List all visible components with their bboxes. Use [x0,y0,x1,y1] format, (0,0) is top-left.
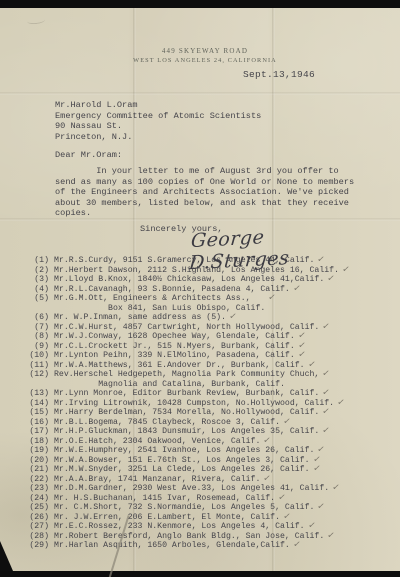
list-item: (16) Mr.B.L.Bogema, 7845 Claybeck, Rosco… [29,418,394,428]
checkmark-icon: ✓ [322,389,331,399]
item-text: Mr.C.L.Crockett Jr., 515 N.Myers, Burban… [54,342,295,352]
item-text: Mr.D.M.Gardner, 2930 West Ave.33, Los An… [54,484,329,494]
item-number: (29) [29,541,49,551]
item-number: (22) [29,475,49,485]
item-text: Mr.A.A.Bray, 1741 Manzanar, Rivera, Cali… [54,475,260,485]
salutation: Dear Mr.Oram: [55,150,122,160]
item-number: (7) [29,323,49,333]
checkmark-icon: ✓ [282,512,291,522]
list-item: (26) Mr. J.W.Erren, 206 E.Lambert, El Mo… [29,513,394,523]
list-item: (12) Rev.Herschel Hedgepeth, Magnolia Pa… [29,370,394,389]
checkmark-icon: ✓ [268,294,277,304]
list-item: (2) Mr.Herbert Dawson, 2112 S.Highland, … [29,266,394,276]
list-item: (17) Mr.H.P.Gluckman, 1843 Dunsmuir, Los… [29,427,394,437]
item-text: Mr.Herbert Dawson, 2112 S.Highland, Los … [54,266,339,276]
letterhead-street: 449 SKYEWAY ROAD [40,47,370,55]
item-text: Mr.Harry Berdelman, 7534 Morella, No.Hol… [54,408,319,418]
item-text: Mr. J.W.Erren, 206 E.Lambert, El Monte, … [54,513,280,523]
list-item: (23) Mr.D.M.Gardner, 2930 West Ave.33, L… [29,484,394,494]
checkmark-icon: ✓ [292,284,301,294]
item-text: Mr.G.M.Ott, Engineers & Architects Ass.,… [54,294,265,313]
item-text: Mr.Robert Beresford, Anglo Bank Bldg., S… [54,532,324,542]
item-text: Mr.W.A.Matthews, 361 E.Andover Dr., Burb… [54,361,305,371]
list-item: (21) Mr.M.W.Snyder, 3251 La Clede, Los A… [29,465,394,475]
item-number: (27) [29,522,49,532]
list-item: (5) Mr.G.M.Ott, Engineers & Architects A… [29,294,394,313]
list-item: (18) Mr.O.E.Hatch, 2304 Oakwood, Venice,… [29,437,394,447]
recipient-address-block: Mr.Harold L.Oram Emergency Committee of … [55,100,261,142]
item-number: (20) [29,456,49,466]
list-item: (8) Mr.W.J.Conway, 1628 Opechee Way, Gle… [29,332,394,342]
item-number: (21) [29,465,49,475]
item-number: (19) [29,446,49,456]
checkmark-icon: ✓ [322,322,331,332]
item-text: Mr.R.L.Cavanagh, 93 S.Bonnie, Pasadena 4… [54,285,290,295]
checkmark-icon: ✓ [322,370,331,380]
checkmark-icon: ✓ [312,465,321,475]
item-number: (2) [29,266,49,276]
item-number: (16) [29,418,49,428]
scan-edge-bottom [0,571,400,577]
list-item: (3) Mr.Lloyd B.Knox, 1840½ Chickasaw, Lo… [29,275,394,285]
letterhead-city: WEST LOS ANGELES 24, CALIFORNIA [40,57,370,64]
list-item: (9) Mr.C.L.Crockett Jr., 515 N.Myers, Bu… [29,342,394,352]
list-item: (28) Mr.Robert Beresford, Anglo Bank Bld… [29,532,394,542]
item-text: Mr.O.E.Hatch, 2304 Oakwood, Venice, Cali… [54,437,260,447]
list-item: (4) Mr.R.L.Cavanagh, 93 S.Bonnie, Pasade… [29,285,394,295]
item-text: Mr.C.W.Hurst, 4857 Cartwright, North Hol… [54,323,319,333]
item-text: Mr.Lloyd B.Knox, 1840½ Chickasaw, Los An… [54,275,324,285]
list-item: (1) Mr.R.S.Curdy, 9151 S.Gramercy, Los A… [29,256,394,266]
item-text: Mr.W.J.Conway, 1628 Opechee Way, Glendal… [54,332,295,342]
item-number: (1) [29,256,49,266]
item-number: (4) [29,285,49,295]
checkmark-icon: ✓ [307,522,316,532]
item-text: Mr.Lynn Monroe, Editor Burbank Review, B… [54,389,319,399]
item-text: Mr.E.C.Rossez, 233 N.Kenmore, Los Angele… [54,522,305,532]
list-item: (29) Mr.Harlan Asquith, 1650 Arboles, Gl… [29,541,394,551]
checkmark-icon: ✓ [228,313,237,323]
checkmark-icon: ✓ [336,398,345,408]
body-paragraph: In your letter to me of August 3rd you o… [55,166,354,219]
item-number: (11) [29,361,49,371]
item-text: Mr. C.M.Short, 732 S.Normandie, Los Ange… [54,503,314,513]
item-number: (14) [29,399,49,409]
checkmark-icon: ✓ [307,360,316,370]
item-number: (5) [29,294,49,304]
item-number: (10) [29,351,49,361]
item-number: (13) [29,389,49,399]
item-text: Mr. H.S.Buchanan, 1415 Ivar, Rosemead, C… [54,494,275,504]
checkmark-icon: ✓ [282,417,291,427]
fold-line-horizontal-1 [0,92,400,95]
item-text: Mr. W.P.Inman, same address as (5). [54,313,226,323]
list-item: (10) Mr.Lynton Peihn, 339 N.ElMolino, Pa… [29,351,394,361]
item-text: Mr.H.P.Gluckman, 1843 Dunsmuir, Los Ange… [54,427,319,437]
checkmark-icon: ✓ [292,541,301,551]
list-item: (24) Mr. H.S.Buchanan, 1415 Ivar, Roseme… [29,494,394,504]
checkmark-icon: ✓ [327,531,336,541]
item-number: (15) [29,408,49,418]
list-item: (11) Mr.W.A.Matthews, 361 E.Andover Dr.,… [29,361,394,371]
item-number: (28) [29,532,49,542]
item-number: (12) [29,370,49,380]
list-item: (14) Mr.Irving Litrownik, 10428 Cumpston… [29,399,394,409]
item-text: Mr.M.W.Snyder, 3251 La Clede, Los Angele… [54,465,310,475]
list-item: (27) Mr.E.C.Rossez, 233 N.Kenmore, Los A… [29,522,394,532]
item-text: Mr.W.A.Bowser, 151 E.76th St., Los Angel… [54,456,310,466]
list-item: (7) Mr.C.W.Hurst, 4857 Cartwright, North… [29,323,394,333]
item-text: Mr.Irving Litrownik, 10428 Cumpston, No.… [54,399,334,409]
item-number: (25) [29,503,49,513]
item-number: (24) [29,494,49,504]
scan-corner-bottom-left [0,541,13,571]
item-text: Rev.Herschel Hedgepeth, Magnolia Park Co… [54,370,319,389]
item-text: Mr.Lynton Peihn, 339 N.ElMolino, Pasaden… [54,351,295,361]
item-number: (17) [29,427,49,437]
checkmark-icon: ✓ [317,256,326,266]
checkmark-icon: ✓ [327,275,336,285]
list-item: (15) Mr.Harry Berdelman, 7534 Morella, N… [29,408,394,418]
mailing-list: (1) Mr.R.S.Curdy, 9151 S.Gramercy, Los A… [29,256,394,551]
checkmark-icon: ✓ [341,265,350,275]
letterhead: 449 SKYEWAY ROAD WEST LOS ANGELES 24, CA… [40,47,370,64]
item-text: Mr.R.S.Curdy, 9151 S.Gramercy, Los Angel… [54,256,314,266]
checkmark-icon: ✓ [297,351,306,361]
checkmark-icon: ✓ [263,474,272,484]
item-number: (6) [29,313,49,323]
item-number: (8) [29,332,49,342]
item-text: Mr.B.L.Bogema, 7845 Claybeck, Roscoe 3, … [54,418,280,428]
item-number: (9) [29,342,49,352]
checkmark-icon: ✓ [322,408,331,418]
item-number: (3) [29,275,49,285]
item-number: (23) [29,484,49,494]
item-text: Mr.W.E.Humphrey, 2541 Ivanhoe, Los Angel… [54,446,314,456]
checkmark-icon: ✓ [322,427,331,437]
checkmark-icon: ✓ [277,493,286,503]
letter-date: Sept.13,1946 [243,69,315,80]
checkmark-icon: ✓ [317,503,326,513]
scan-edge-top [0,0,400,8]
checkmark-icon: ✓ [332,484,341,494]
list-item: (25) Mr. C.M.Short, 732 S.Normandie, Los… [29,503,394,513]
item-number: (18) [29,437,49,447]
item-number: (26) [29,513,49,523]
list-item: (6) Mr. W.P.Inman, same address as (5). … [29,313,394,323]
list-item: (20) Mr.W.A.Bowser, 151 E.76th St., Los … [29,456,394,466]
scanned-letter: 449 SKYEWAY ROAD WEST LOS ANGELES 24, CA… [0,0,400,577]
item-text: Mr.Harlan Asquith, 1650 Arboles, Glendal… [54,541,290,551]
list-item: (19) Mr.W.E.Humphrey, 2541 Ivanhoe, Los … [29,446,394,456]
checkmark-icon: ✓ [263,436,272,446]
